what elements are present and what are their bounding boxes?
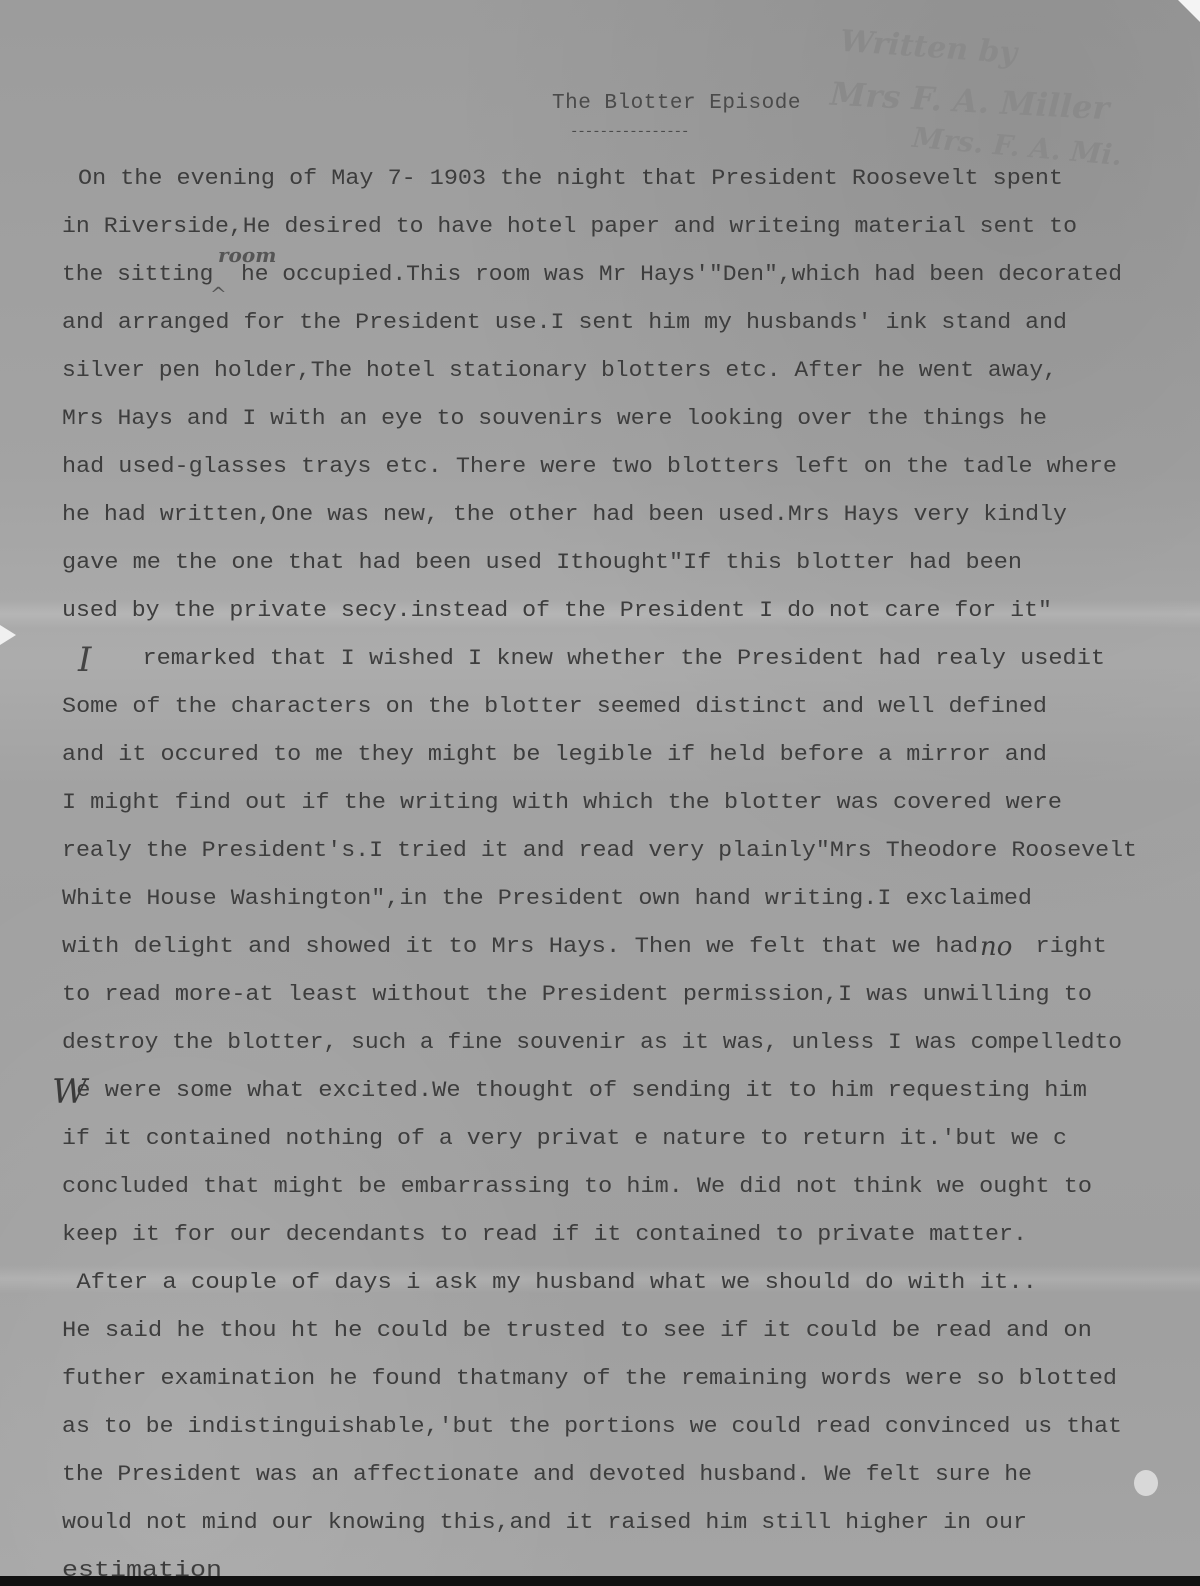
text-line: realy the President's.I tried it and rea… — [62, 837, 1137, 863]
text-line: futher examination he found thatmany of … — [62, 1365, 1117, 1391]
handwritten-note-line2: Mrs F. A. Miller — [829, 75, 1110, 128]
text-line: silver pen holder,The hotel stationary b… — [62, 357, 1057, 383]
text-line: in Riverside,He desired to have hotel pa… — [62, 213, 1077, 239]
text-line: had used-glasses trays etc. There were t… — [62, 453, 1117, 479]
text-line: White House Washington",in the President… — [62, 885, 1032, 911]
text-line: would not mind our knowing this,and it r… — [62, 1509, 1027, 1535]
handwritten-correction-no: no — [980, 932, 1012, 962]
handwritten-initial-w: W — [52, 1072, 87, 1112]
document-title: The Blotter Episode — [552, 92, 801, 115]
text-line: e were some what excited.We thought of s… — [62, 1077, 1087, 1103]
text-line: and arranged for the President use.I sen… — [62, 309, 1067, 335]
title-underline: ---------------- — [570, 124, 688, 140]
text-line: remarked that I wished I knew whether th… — [100, 645, 1105, 671]
text-line: After a couple of days i ask my husband … — [62, 1269, 1037, 1295]
text-line: if it contained nothing of a very privat… — [62, 1125, 1067, 1151]
text-line: as to be indistinguishable,'but the port… — [62, 1413, 1122, 1439]
punch-hole — [1134, 1470, 1158, 1496]
text-line: I might find out if the writing with whi… — [62, 789, 1062, 815]
torn-corner — [1178, 0, 1200, 22]
text-line: used by the private secy.instead of the … — [62, 597, 1052, 623]
text-line: Mrs Hays and I with an eye to souvenirs … — [62, 405, 1047, 431]
text-line: Some of the characters on the blotter se… — [62, 693, 1047, 719]
text-line: and it occured to me they might be legib… — [62, 741, 1047, 767]
paper-edge-tab — [0, 625, 16, 645]
text-line: with delight and showed it to Mrs Hays. … — [62, 933, 1107, 959]
handwritten-insertion: room — [218, 243, 276, 267]
text-line: to read more-at least without the Presid… — [62, 981, 1092, 1007]
scan-bottom-edge — [0, 1576, 1200, 1586]
document-page: Written by Mrs F. A. Miller Mrs. F. A. M… — [0, 0, 1200, 1576]
text-line: gave me the one that had been used Ithou… — [62, 549, 1022, 575]
text-line: concluded that might be embarrassing to … — [62, 1173, 1092, 1199]
text-line: the President was an affectionate and de… — [62, 1461, 1032, 1487]
handwritten-initial-i: I — [78, 640, 91, 680]
handwritten-note-line1: Written by — [839, 24, 1018, 71]
text-line: he had written,One was new, the other ha… — [62, 501, 1067, 527]
text-line: destroy the blotter, such a fine souveni… — [62, 1029, 1122, 1055]
insertion-caret: ^ — [210, 282, 227, 306]
text-line: He said he thou ht he could be trusted t… — [62, 1317, 1092, 1343]
text-line: keep it for our decendants to read if it… — [62, 1221, 1027, 1247]
text-line: On the evening of May 7- 1903 the night … — [78, 165, 1063, 191]
